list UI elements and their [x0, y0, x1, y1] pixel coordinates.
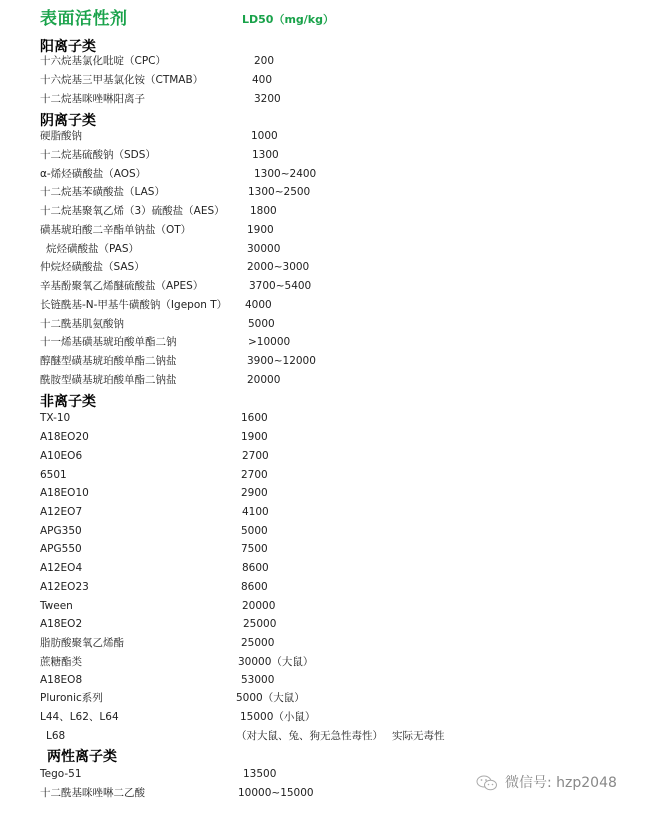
row-value: 1300~2500: [248, 183, 310, 201]
section-heading-amphoteric: 两性离子类: [47, 746, 117, 766]
row-value: 20000: [242, 597, 275, 615]
row-value: 5000（大鼠）: [236, 689, 305, 707]
row-value: 3700~5400: [249, 277, 311, 295]
row-name: A18EO2: [40, 615, 82, 633]
table-row: A10EO62700: [40, 447, 600, 465]
row-value: 1900: [247, 221, 274, 239]
table-row: 酰胺型磺基琥珀酸单酯二钠盐20000: [40, 371, 600, 389]
table-row: A12EO238600: [40, 578, 600, 596]
row-value: 15000（小鼠）: [240, 708, 315, 726]
table-row: A12EO48600: [40, 559, 600, 577]
row-name: 十六烷基氯化吡啶（CPC）: [40, 52, 166, 70]
table-row: TX-101600: [40, 409, 600, 427]
table-row: Tween20000: [40, 597, 600, 615]
row-name: 长链酰基-N-甲基牛磺酸钠（Igepon T）: [40, 296, 227, 314]
table-row: 65012700: [40, 466, 600, 484]
row-value: 8600: [241, 578, 268, 596]
row-name: A12EO4: [40, 559, 82, 577]
row-name: 十二酰基咪唑啉二乙酸: [40, 784, 145, 802]
row-value: 1600: [241, 409, 268, 427]
row-name: A12EO7: [40, 503, 82, 521]
row-name: Tween: [40, 597, 73, 615]
table-row: 醇醚型磺基琥珀酸单酯二钠盐3900~12000: [40, 352, 600, 370]
section-heading-nonionic: 非离子类: [40, 391, 96, 411]
row-name: L44、L62、L64: [40, 708, 119, 726]
row-name: A18EO20: [40, 428, 89, 446]
row-name: α-烯烃磺酸盐（AOS）: [40, 165, 146, 183]
row-value: 2900: [241, 484, 268, 502]
row-value: 2700: [241, 466, 268, 484]
row-name: L68: [46, 727, 65, 745]
table-row: A12EO74100: [40, 503, 600, 521]
row-name: 醇醚型磺基琥珀酸单酯二钠盐: [40, 352, 177, 370]
row-value: 20000: [247, 371, 280, 389]
row-note: 实际无毒性: [392, 727, 445, 745]
ld50-column-header: LD50（mg/kg）: [242, 11, 334, 27]
row-value: 3200: [254, 90, 281, 108]
table-row: 十六烷基三甲基氯化铵（CTMAB）400: [40, 71, 600, 89]
row-name: 硬脂酸钠: [40, 127, 82, 145]
row-value: 53000: [241, 671, 274, 689]
row-name: A12EO23: [40, 578, 89, 596]
table-row: 磺基琥珀酸二辛酯单钠盐（OT）1900: [40, 221, 600, 239]
table-row: 辛基酚聚氧乙烯醚硫酸盐（APES）3700~5400: [40, 277, 600, 295]
row-value: 1300~2400: [254, 165, 316, 183]
row-value: 5000: [248, 315, 275, 333]
page-title: 表面活性剂: [40, 4, 128, 29]
table-row: 十二烷基聚氧乙烯（3）硫酸盐（AES）1800: [40, 202, 600, 220]
row-name: 十二烷基硫酸钠（SDS）: [40, 146, 156, 164]
row-value: 3900~12000: [247, 352, 316, 370]
row-name: 十一烯基磺基琥珀酸单酯二钠: [40, 333, 177, 351]
row-name: 十二烷基苯磺酸盐（LAS）: [40, 183, 165, 201]
row-value: 4100: [242, 503, 269, 521]
table-row: 仲烷烃磺酸盐（SAS）2000~3000: [40, 258, 600, 276]
table-row: 烷烃磺酸盐（PAS）30000: [40, 240, 600, 258]
row-value: 30000: [247, 240, 280, 258]
row-name: 十二酰基肌氨酸钠: [40, 315, 124, 333]
table-row: 十六烷基氯化吡啶（CPC）200: [40, 52, 600, 70]
row-value: 8600: [242, 559, 269, 577]
row-name: 磺基琥珀酸二辛酯单钠盐（OT）: [40, 221, 191, 239]
table-row: 硬脂酸钠1000: [40, 127, 600, 145]
row-name: 蔗糖酯类: [40, 653, 82, 671]
table-row: 长链酰基-N-甲基牛磺酸钠（Igepon T）4000: [40, 296, 600, 314]
table-row: 脂肪酸聚氧乙烯酯25000: [40, 634, 600, 652]
row-value: 10000~15000: [238, 784, 314, 802]
watermark: 微信号: hzp2048: [475, 772, 617, 792]
row-value: 400: [252, 71, 272, 89]
row-name: 十二烷基聚氧乙烯（3）硫酸盐（AES）: [40, 202, 225, 220]
row-name: A10EO6: [40, 447, 82, 465]
row-value: 7500: [241, 540, 268, 558]
row-value: 2000~3000: [247, 258, 309, 276]
table-row: A18EO201900: [40, 428, 600, 446]
row-name: 十六烷基三甲基氯化铵（CTMAB）: [40, 71, 203, 89]
row-value: 1900: [241, 428, 268, 446]
row-value: 30000（大鼠）: [238, 653, 313, 671]
row-name: 仲烷烃磺酸盐（SAS）: [40, 258, 145, 276]
table-row: 蔗糖酯类30000（大鼠）: [40, 653, 600, 671]
row-value: >10000: [248, 333, 290, 351]
table-row: L68（对大鼠、兔、狗无急性毒性）实际无毒性: [40, 727, 600, 745]
table-row: APG5507500: [40, 540, 600, 558]
row-value: 200: [254, 52, 274, 70]
row-name: Pluronic系列: [40, 689, 103, 707]
row-value: 1000: [251, 127, 278, 145]
row-value: 13500: [243, 765, 276, 783]
row-name: A18EO8: [40, 671, 82, 689]
table-row: 十二烷基咪唑啉阳离子3200: [40, 90, 600, 108]
row-name: 烷烃磺酸盐（PAS）: [46, 240, 139, 258]
row-name: TX-10: [40, 409, 70, 427]
watermark-text: 微信号: hzp2048: [505, 775, 617, 791]
table-row: APG3505000: [40, 522, 600, 540]
row-value: 2700: [242, 447, 269, 465]
row-value: （对大鼠、兔、狗无急性毒性）: [236, 727, 383, 745]
table-row: L44、L62、L6415000（小鼠）: [40, 708, 600, 726]
row-name: 十二烷基咪唑啉阳离子: [40, 90, 145, 108]
table-row: 十二烷基苯磺酸盐（LAS）1300~2500: [40, 183, 600, 201]
table-row: α-烯烃磺酸盐（AOS）1300~2400: [40, 165, 600, 183]
table-row: A18EO853000: [40, 671, 600, 689]
row-name: APG550: [40, 540, 82, 558]
row-name: 脂肪酸聚氧乙烯酯: [40, 634, 124, 652]
row-value: 25000: [243, 615, 276, 633]
row-name: A18EO10: [40, 484, 89, 502]
table-row: A18EO225000: [40, 615, 600, 633]
row-value: 25000: [241, 634, 274, 652]
table-row: A18EO102900: [40, 484, 600, 502]
row-value: 1300: [252, 146, 279, 164]
row-value: 4000: [245, 296, 272, 314]
row-name: 6501: [40, 466, 67, 484]
row-name: 辛基酚聚氧乙烯醚硫酸盐（APES）: [40, 277, 203, 295]
row-value: 5000: [241, 522, 268, 540]
table-row: 十二烷基硫酸钠（SDS）1300: [40, 146, 600, 164]
table-row: 十一烯基磺基琥珀酸单酯二钠>10000: [40, 333, 600, 351]
row-value: 1800: [250, 202, 277, 220]
table-row: Pluronic系列5000（大鼠）: [40, 689, 600, 707]
table-row: 十二酰基肌氨酸钠5000: [40, 315, 600, 333]
row-name: 酰胺型磺基琥珀酸单酯二钠盐: [40, 371, 177, 389]
wechat-icon: [475, 775, 499, 791]
row-name: Tego-51: [40, 765, 82, 783]
row-name: APG350: [40, 522, 82, 540]
